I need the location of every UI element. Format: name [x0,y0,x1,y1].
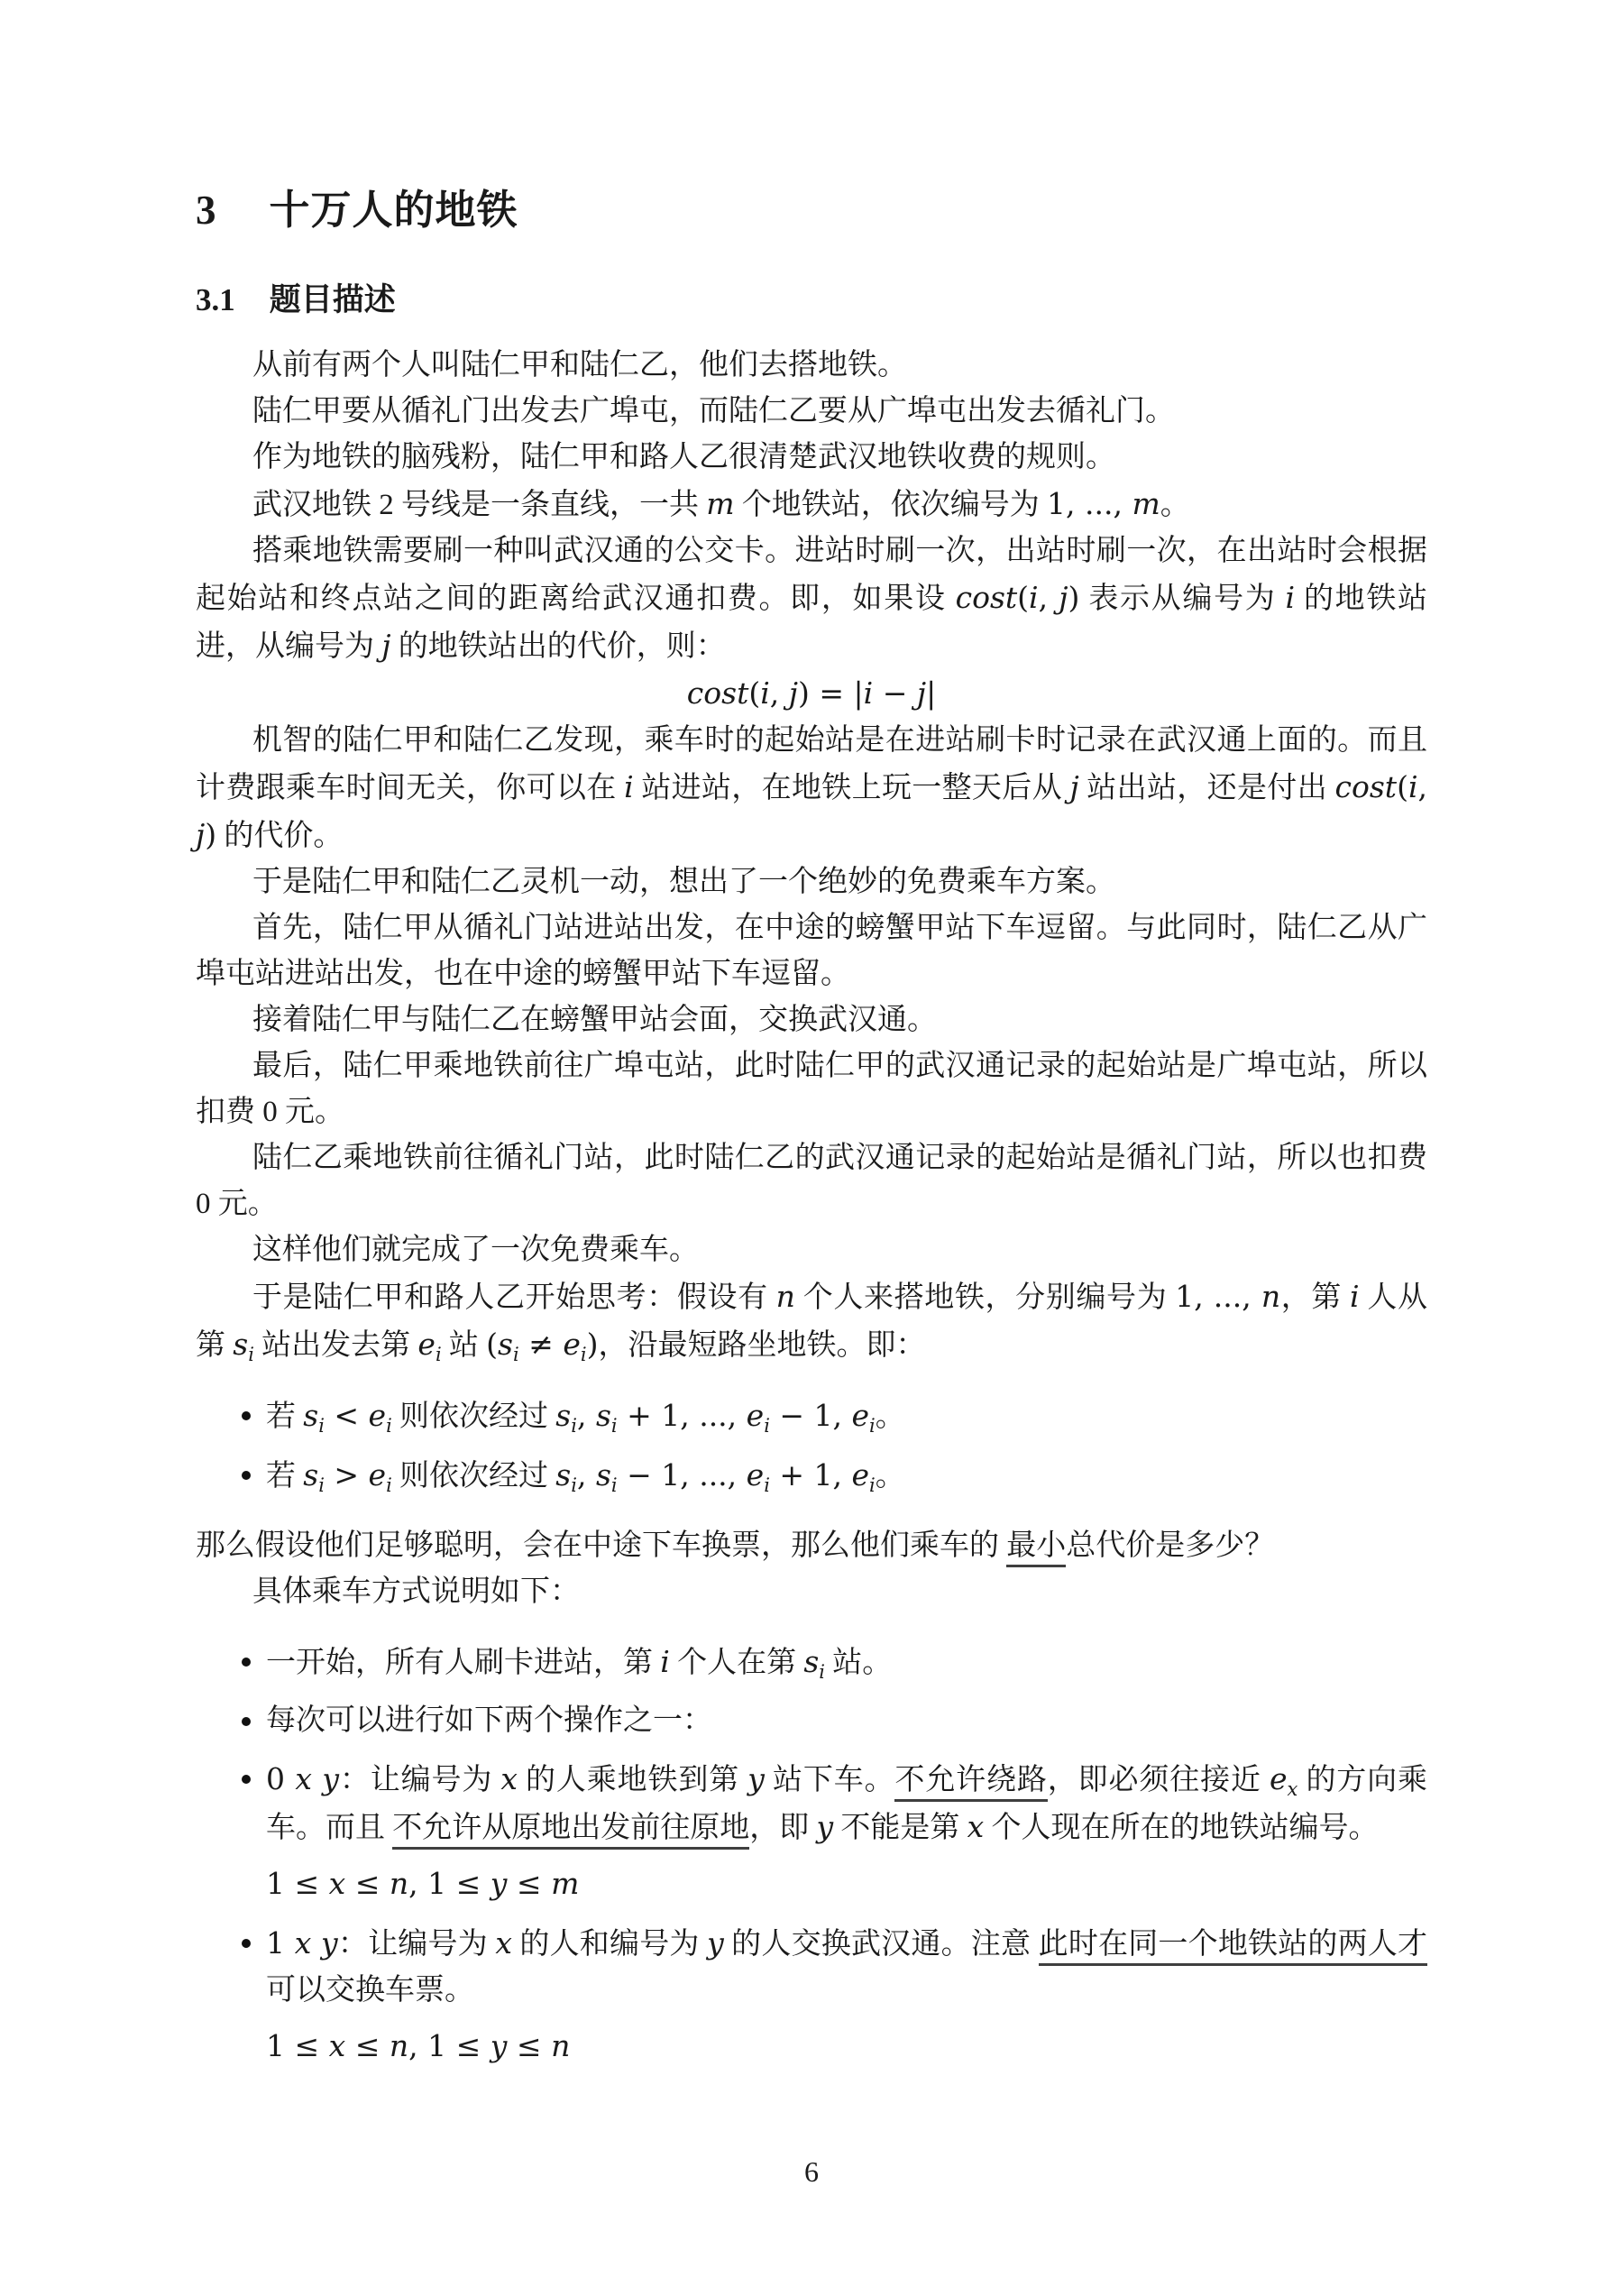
cost-formula: cost(i, j) = |i − j| [196,670,1427,718]
page-number: 6 [0,2150,1623,2193]
paragraph: 接着陆仁甲与陆仁乙在螃蟹甲站会面，交换武汉通。 [196,997,1427,1043]
list-item: 0 x y：让编号为 x 的人乘地铁到第 y 站下车。不允许绕路，即必须往接近 … [266,1756,1427,1908]
bullet-icon [242,1717,251,1726]
paragraph: 陆仁乙乘地铁前往循礼门站，此时陆仁乙的武汉通记录的起始站是循礼门站，所以也扣费 … [196,1135,1427,1227]
list-item-text: 每次可以进行如下两个操作之一： [266,1704,712,1737]
list-item: 每次可以进行如下两个操作之一： [266,1698,1427,1744]
route-rules-list: 若 si < ei 则依次经过 si, si + 1, ..., ei − 1,… [196,1392,1427,1500]
subsection-heading: 3.1题目描述 [196,281,1427,319]
paragraph: 搭乘地铁需要刷一种叫武汉通的公交卡。进站时刷一次，出站时刷一次，在出站时会根据起… [196,528,1427,670]
paragraph: 首先，陆仁甲从循礼门站进站出发，在中途的螃蟹甲站下车逗留。与此同时，陆仁乙从广埠… [196,905,1427,997]
paragraph: 这样他们就完成了一次免费乘车。 [196,1227,1427,1273]
list-item-text: 若 si < ei 则依次经过 si, si + 1, ..., ei − 1,… [266,1401,905,1433]
bullet-icon [242,1775,251,1784]
list-item: 若 si < ei 则依次经过 si, si + 1, ..., ei − 1,… [266,1392,1427,1440]
list-item-text: 1 x y：让编号为 x 的人和编号为 y 的人交换武汉通。注意 此时在同一个地… [266,1928,1427,2007]
subsection-title: 题目描述 [270,282,396,317]
bullet-icon [242,1471,251,1480]
bullet-icon [242,1939,251,1948]
operation-constraint: 1 ≤ x ≤ n, 1 ≤ y ≤ m [266,1860,1427,1908]
operations-list: 一开始，所有人刷卡进站，第 i 个人在第 si 站。 每次可以进行如下两个操作之… [196,1639,1427,2071]
bullet-icon [242,1411,251,1420]
paragraph: 从前有两个人叫陆仁甲和陆仁乙，他们去搭地铁。 [196,343,1427,389]
paragraph: 机智的陆仁甲和陆仁乙发现，乘车时的起始站是在进站刷卡时记录在武汉通上面的。而且计… [196,718,1427,859]
paragraph: 于是陆仁甲和陆仁乙灵机一动，想出了一个绝妙的免费乘车方案。 [196,859,1427,905]
document-page-column: 3十万人的地铁 3.1题目描述 从前有两个人叫陆仁甲和陆仁乙，他们去搭地铁。 陆… [196,187,1427,2094]
operation-constraint: 1 ≤ x ≤ n, 1 ≤ y ≤ n [266,2023,1427,2071]
paragraph: 陆仁甲要从循礼门出发去广埠屯，而陆仁乙要从广埠屯出发去循礼门。 [196,389,1427,435]
list-item: 若 si > ei 则依次经过 si, si − 1, ..., ei + 1,… [266,1452,1427,1500]
question-paragraph: 那么假设他们足够聪明，会在中途下车换票，那么他们乘车的 最小总代价是多少？ [196,1523,1427,1569]
paragraph: 武汉地铁 2 号线是一条直线，一共 m 个地铁站，依次编号为 1, ..., m… [196,481,1427,528]
list-item: 一开始，所有人刷卡进站，第 i 个人在第 si 站。 [266,1639,1427,1686]
paragraph: 于是陆仁甲和路人乙开始思考：假设有 n 个人来搭地铁，分别编号为 1, ...,… [196,1273,1427,1369]
list-item-text: 0 x y：让编号为 x 的人乘地铁到第 y 站下车。不允许绕路，即必须往接近 … [266,1764,1427,1844]
paragraph: 具体乘车方式说明如下： [196,1569,1427,1615]
paragraph: 最后，陆仁甲乘地铁前往广埠屯站，此时陆仁甲的武汉通记录的起始站是广埠屯站，所以扣… [196,1043,1427,1135]
list-item-text: 一开始，所有人刷卡进站，第 i 个人在第 si 站。 [266,1647,892,1679]
list-item-text: 若 si > ei 则依次经过 si, si − 1, ..., ei + 1,… [266,1460,905,1492]
section-title: 十万人的地铁 [270,188,518,233]
subsection-number: 3.1 [196,282,235,317]
section-heading: 3十万人的地铁 [196,187,1427,234]
paragraph: 作为地铁的脑残粉，陆仁甲和路人乙很清楚武汉地铁收费的规则。 [196,435,1427,481]
bullet-icon [242,1658,251,1667]
problem-statement-body: 从前有两个人叫陆仁甲和陆仁乙，他们去搭地铁。 陆仁甲要从循礼门出发去广埠屯，而陆… [196,343,1427,2071]
list-item: 1 x y：让编号为 x 的人和编号为 y 的人交换武汉通。注意 此时在同一个地… [266,1920,1427,2071]
section-number: 3 [196,188,217,233]
